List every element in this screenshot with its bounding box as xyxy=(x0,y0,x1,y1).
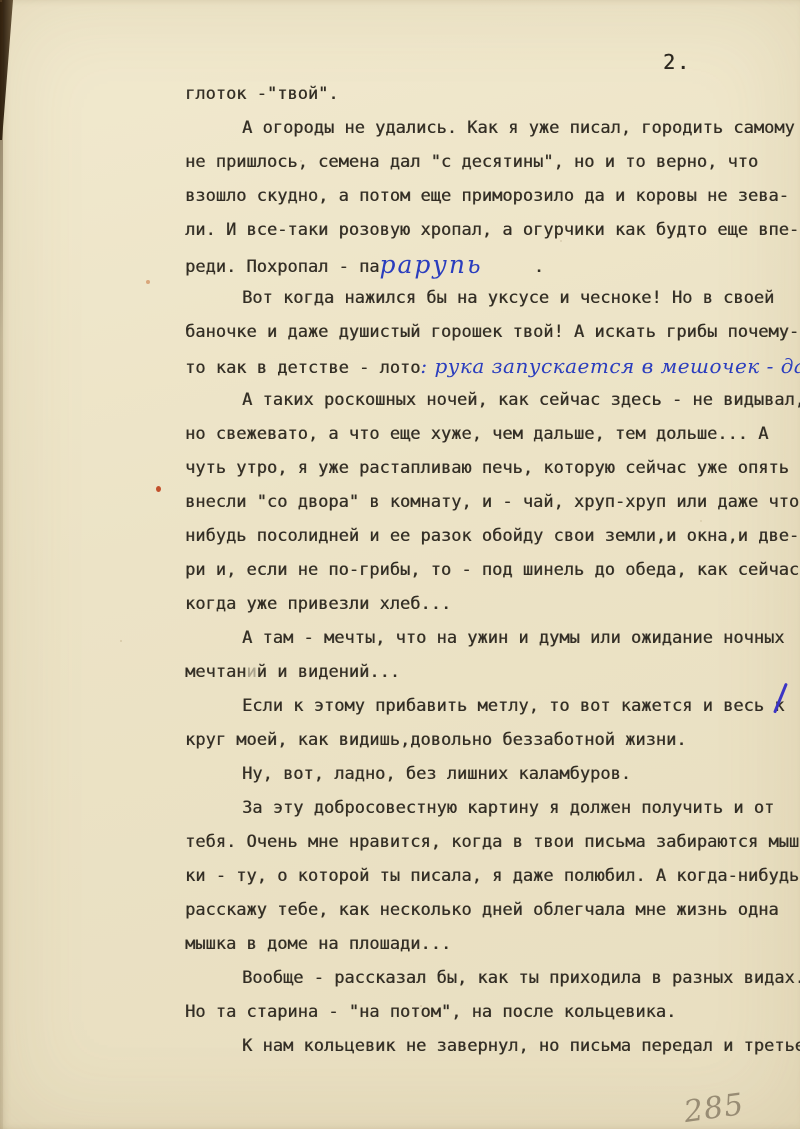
faint-typed-letter: и xyxy=(246,662,256,682)
typed-text: расскажу тебе, как несколько дней облегч… xyxy=(185,900,779,920)
typescript-line: Если к этому прибавить метлу, то вот каж… xyxy=(185,689,800,723)
typed-text: чуть утро, я уже растапливаю печь, котор… xyxy=(185,458,789,478)
typed-text: ри и, если не по-грибы, то - под шинель … xyxy=(185,560,800,580)
typescript-line: взошло скудно, а потом еще приморозило д… xyxy=(185,179,800,213)
typescript-line: внесли "со двора" в комнату, и - чай, хр… xyxy=(185,485,800,519)
typescript-line: но свежевато, а что еще хуже, чем дальше… xyxy=(185,417,800,451)
typed-text: К нам кольцевик не завернул, но письма п… xyxy=(242,1036,800,1056)
typed-text: нибудь посолидней и ее разок обойду свои… xyxy=(185,526,799,546)
typed-text: й и видений... xyxy=(257,662,400,682)
typescript-line: ки - ту, о которой ты писала, я даже пол… xyxy=(185,859,800,893)
typed-text: Ну, вот, ладно, без лишних каламбуров. xyxy=(242,764,631,784)
typescript-line: тебя. Очень мне нравится, когда в твои п… xyxy=(185,825,800,859)
struck-letter: к xyxy=(774,689,784,723)
page-number: 2. xyxy=(663,52,691,72)
typescript-line: мышка в доме на плошади... xyxy=(185,927,800,961)
handwritten-word: рарупь xyxy=(379,250,482,279)
typed-text: Вообще - рассказал бы, как ты приходила … xyxy=(242,968,800,988)
typescript-line: ли. И все-таки розовую хропал, а огурчик… xyxy=(185,213,800,247)
typed-text: тебя. Очень мне нравится, когда в твои п… xyxy=(185,832,800,852)
typed-text: А таких роскошных ночей, как сейчас здес… xyxy=(242,390,800,410)
typed-text: баночке и даже душистый горошек твой! А … xyxy=(185,322,800,342)
typescript-line: Ну, вот, ладно, без лишних каламбуров. xyxy=(185,757,800,791)
typed-text: внесли "со двора" в комнату, и - чай, хр… xyxy=(185,492,800,512)
typescript-line: когда уже привезли хлеб... xyxy=(185,587,800,621)
typed-text: не пришлось, семена дал "с десятины", но… xyxy=(185,152,758,172)
typescript-line: Вообще - рассказал бы, как ты приходила … xyxy=(185,961,800,995)
typed-text: когда уже привезли хлеб... xyxy=(185,594,451,614)
typed-text: Если к этому прибавить метлу, то вот каж… xyxy=(242,696,774,716)
typed-text: . xyxy=(483,257,544,277)
typed-text: реди. Похропал - па xyxy=(185,257,379,277)
handwritten-annotation: : рука запускается в мешочек - да-нет. xyxy=(420,354,800,378)
typed-text: то как в детстве - лото xyxy=(185,358,420,378)
typed-text: Вот когда нажился бы на уксусе и чесноке… xyxy=(242,288,774,308)
typescript-line: Вот когда нажился бы на уксусе и чесноке… xyxy=(185,281,800,315)
typed-text: но свежевато, а что еще хуже, чем дальше… xyxy=(185,424,768,444)
typed-text: глоток -"твой". xyxy=(185,84,339,104)
typescript-line: К нам кольцевик не завернул, но письма п… xyxy=(185,1029,800,1063)
typescript-line: Но та старина - "на потом", на после кол… xyxy=(185,995,800,1029)
typed-text: мышка в доме на плошади... xyxy=(185,934,451,954)
typescript-line: А таких роскошных ночей, как сейчас здес… xyxy=(185,383,800,417)
typescript-line: расскажу тебе, как несколько дней облегч… xyxy=(185,893,800,927)
typed-text: мечтан xyxy=(185,662,246,682)
typed-text: За эту добросовестную картину я должен п… xyxy=(242,798,774,818)
typescript-line: А там - мечты, что на ужин и думы или ож… xyxy=(185,621,800,655)
typescript-line: чуть утро, я уже растапливаю печь, котор… xyxy=(185,451,800,485)
typed-text: А там - мечты, что на ужин и думы или ож… xyxy=(242,628,784,648)
red-ink-dot xyxy=(156,486,161,492)
typescript-line: круг моей, как видишь,довольно беззаботн… xyxy=(185,723,800,757)
typed-text: А огороды не удались. Как я уже писал, г… xyxy=(242,118,795,138)
typed-text: ки - ту, о которой ты писала, я даже пол… xyxy=(185,866,799,886)
typescript-line: глоток -"твой". xyxy=(185,77,800,111)
paper-specks xyxy=(0,0,2,2)
typescript-line: ри и, если не по-грибы, то - под шинель … xyxy=(185,553,800,587)
typescript-line: не пришлось, семена дал "с десятины", но… xyxy=(185,145,800,179)
typed-text: ли. И все-таки розовую хропал, а огурчик… xyxy=(185,220,799,240)
typed-text: взошло скудно, а потом еще приморозило д… xyxy=(185,186,789,206)
scanned-typescript-page: { "page": { "number": "2.", "pencil_foli… xyxy=(0,0,800,1129)
typescript-line: За эту добросовестную картину я должен п… xyxy=(185,791,800,825)
pencil-folio-number: 285 xyxy=(682,1090,746,1128)
typescript-body: глоток -"твой".А огороды не удались. Как… xyxy=(185,77,800,1063)
typescript-line: то как в детстве - лото: рука запускаетс… xyxy=(185,349,800,383)
typed-text: Но та старина - "на потом", на после кол… xyxy=(185,1002,676,1022)
typescript-line: нибудь посолидней и ее разок обойду свои… xyxy=(185,519,800,553)
typescript-line: баночке и даже душистый горошек твой! А … xyxy=(185,315,800,349)
typed-text: круг моей, как видишь,довольно беззаботн… xyxy=(185,730,687,750)
typescript-line: мечтаний и видений... xyxy=(185,655,800,689)
typescript-line: реди. Похропал - парарупь . xyxy=(185,247,800,281)
typescript-line: А огороды не удались. Как я уже писал, г… xyxy=(185,111,800,145)
red-ink-dot xyxy=(146,280,150,284)
scan-edge-line xyxy=(0,0,3,1129)
